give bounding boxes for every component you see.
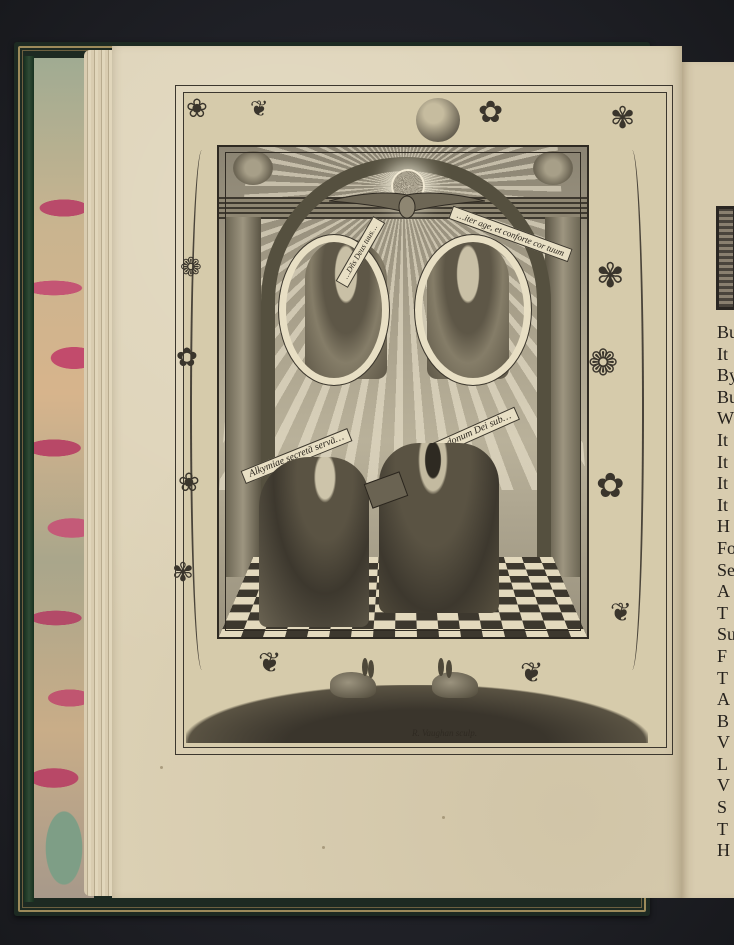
text-line: T (717, 819, 734, 841)
text-line: A (717, 689, 734, 711)
text-line: L (717, 754, 734, 776)
printer-ornament (716, 206, 734, 310)
text-line: Se (717, 560, 734, 582)
text-line: It (717, 344, 734, 366)
apple-ornament (416, 98, 460, 142)
plant-icon: ❦ (520, 660, 543, 688)
poppy-pod-icon: ❁ (180, 255, 202, 281)
rabbit-ear (368, 660, 374, 678)
plant-icon: ❦ (258, 650, 281, 678)
text-line: Su (717, 624, 734, 646)
text-line: T (717, 668, 734, 690)
text-line: W (717, 408, 734, 430)
foxing-spot (442, 816, 445, 819)
text-line: F (717, 646, 734, 668)
text-line: It (717, 495, 734, 517)
foxing-spot (160, 766, 163, 769)
cover-spine-edge (24, 56, 34, 902)
foxing-spot (322, 846, 325, 849)
tulip-bud-icon: ❦ (610, 600, 632, 626)
flower-bud-icon: ❀ (186, 96, 208, 122)
left-floral-vine (190, 150, 214, 670)
text-line: It (717, 473, 734, 495)
rabbit-icon (432, 672, 478, 698)
text-line: A (717, 581, 734, 603)
text-line: H (717, 516, 734, 538)
engraving-inner-rule (225, 152, 581, 631)
right-floral-vine (620, 150, 644, 670)
rose-flower-icon: ❁ (588, 345, 618, 381)
lily-flower-icon: ✾ (172, 560, 194, 586)
rose-flower-icon: ✿ (478, 98, 503, 128)
lily-flower-icon: ✾ (610, 104, 635, 134)
text-line: Bu (717, 322, 734, 344)
leaf-icon: ❦ (250, 98, 268, 120)
rabbit-icon (330, 672, 376, 698)
lily-flower-icon: ✾ (596, 260, 625, 294)
text-line: Fo (717, 538, 734, 560)
text-line: By (717, 365, 734, 387)
text-line: S (717, 797, 734, 819)
lily-flower-icon: ✿ (596, 470, 625, 504)
text-line: It (717, 430, 734, 452)
right-page-text: Bu It By Bu W It It It It H Fo Se A T Su… (717, 322, 734, 862)
lily-flower-icon: ❀ (178, 470, 200, 496)
rabbit-ear (438, 658, 444, 676)
text-line: H (717, 840, 734, 862)
text-line: Bu (717, 387, 734, 409)
text-line: It (717, 452, 734, 474)
text-line: T (717, 603, 734, 625)
text-line: V (717, 775, 734, 797)
text-line: B (717, 711, 734, 733)
engraver-signature: R. Vaughan sculp. (412, 728, 477, 738)
rose-flower-icon: ✿ (176, 345, 198, 371)
rabbit-ear (446, 660, 452, 678)
text-line: V (717, 732, 734, 754)
